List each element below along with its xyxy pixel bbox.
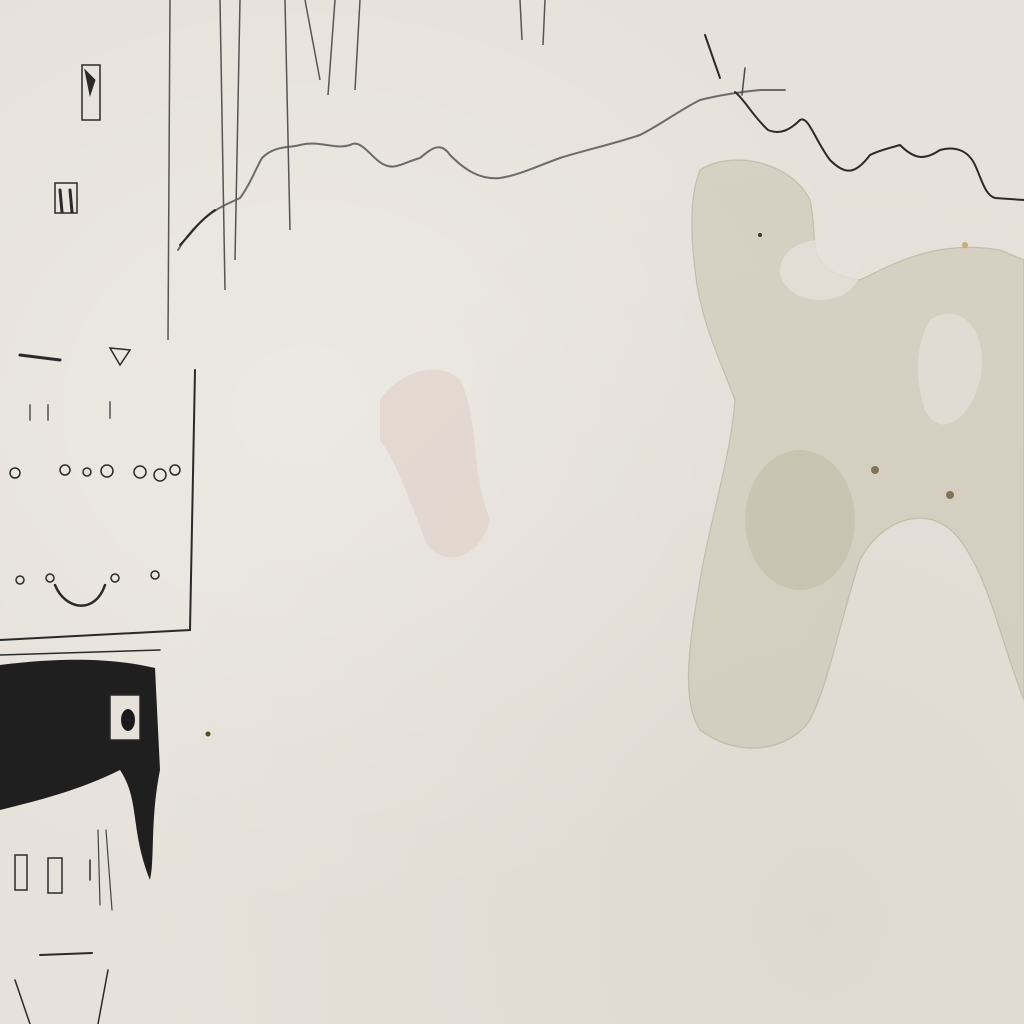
water-stain: [206, 160, 1024, 748]
mountain-horizon-line: [178, 35, 1024, 250]
tower-building-sketch: [0, 65, 195, 1024]
artwork-canvas: [0, 0, 1024, 1024]
sketch-layer: [0, 0, 1024, 1024]
vertical-strokes: [168, 0, 545, 340]
